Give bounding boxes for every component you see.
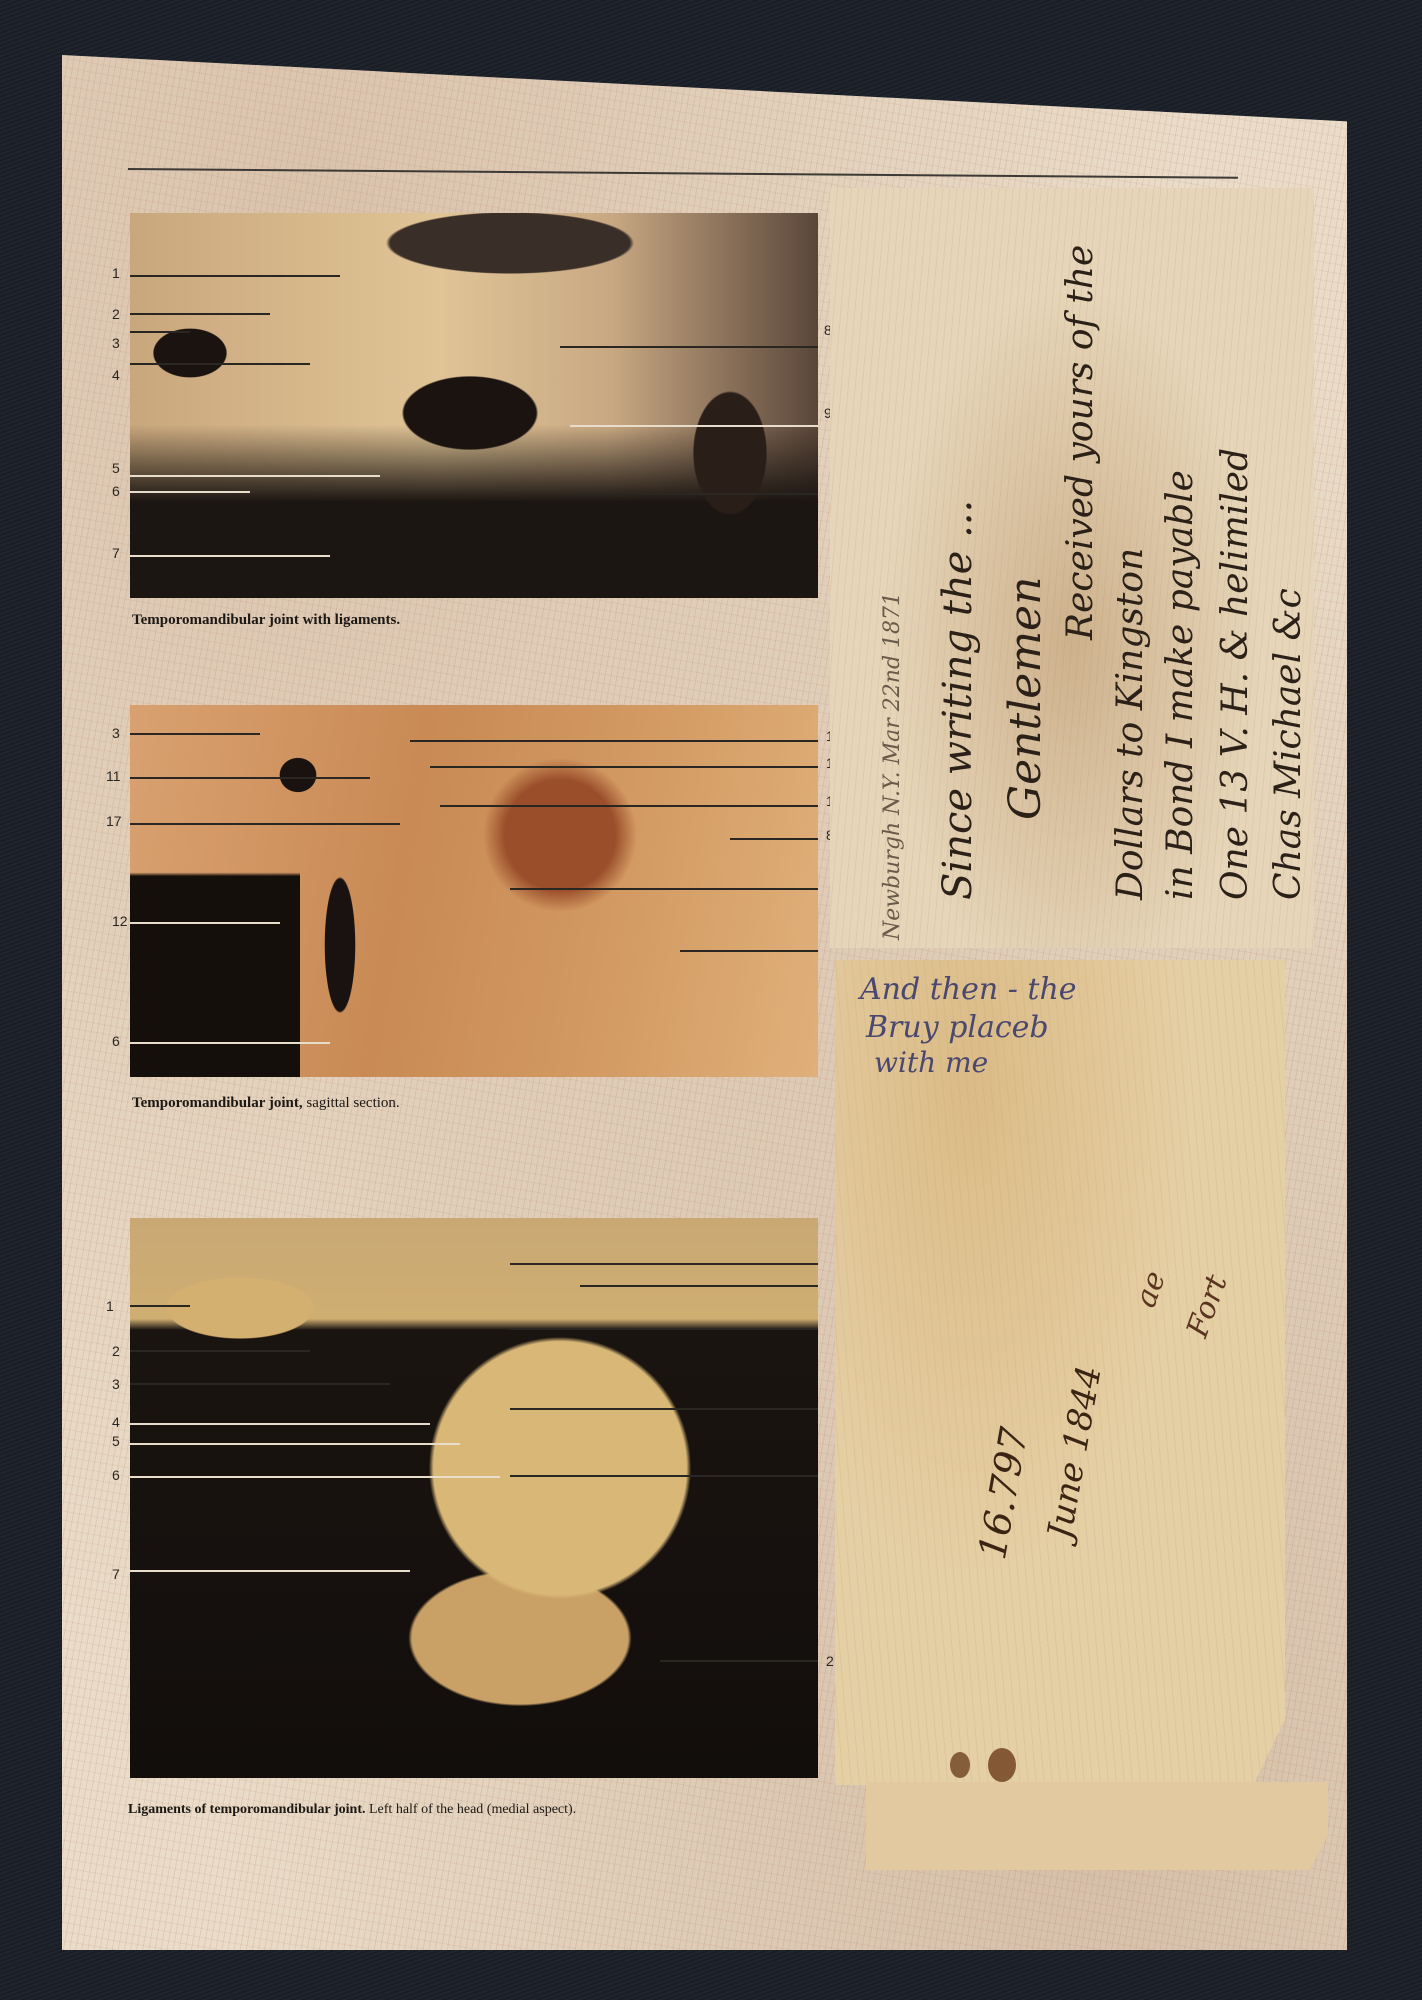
- caption-bold: Temporomandibular joint with ligaments.: [132, 612, 400, 628]
- caption-bold: Temporomandibular joint,: [132, 1095, 303, 1111]
- label-number: 6: [112, 483, 120, 499]
- letter-line: with me: [874, 1046, 988, 1079]
- letter-line: Bruy placeb: [866, 1010, 1049, 1045]
- ink-stain: [950, 1752, 970, 1778]
- label-number: 3: [112, 1376, 120, 1392]
- label-number: 6: [112, 1467, 120, 1483]
- paper-strip: [866, 1782, 1328, 1870]
- letter-line: in Bond I make payable: [1160, 470, 1201, 900]
- letter-line: Dollars to Kingston: [1110, 548, 1151, 900]
- label-number: 7: [112, 1566, 120, 1582]
- label-number: 5: [112, 1433, 120, 1449]
- letter-line: Newburgh N.Y. Mar 22nd 1871: [880, 592, 905, 940]
- label-number: 11: [106, 768, 121, 784]
- anatomy-plate-3: [130, 1218, 818, 1778]
- letter-line: Received yours of the: [1060, 245, 1101, 640]
- label-number: 3: [112, 725, 120, 741]
- label-number: 4: [112, 367, 120, 383]
- label-number: 7: [112, 545, 120, 561]
- plate-caption-2: Temporomandibular joint, sagittal sectio…: [132, 1095, 400, 1112]
- label-number: 1: [112, 265, 120, 281]
- caption-bold: Ligaments of temporomandibular joint.: [128, 1802, 366, 1817]
- plate-caption-1: Temporomandibular joint with ligaments.: [132, 612, 400, 629]
- plate-caption-3: Ligaments of temporomandibular joint. Le…: [128, 1802, 576, 1818]
- letter-line: Gentlemen: [1000, 577, 1051, 820]
- label-number: 3: [112, 335, 120, 351]
- letter-line: One 13 V. H. & helimiled: [1215, 448, 1256, 900]
- caption-regular: Left half of the head (medial aspect).: [366, 1802, 577, 1817]
- label-number: 5: [112, 460, 120, 476]
- letter-line: And then - the: [860, 972, 1077, 1007]
- letter-line: Chas Michael &c: [1268, 588, 1309, 900]
- label-number: 2: [112, 306, 120, 322]
- caption-regular: sagittal section.: [303, 1095, 400, 1111]
- letter-line: Since writing the ...: [935, 500, 981, 900]
- label-number: 6: [112, 1033, 120, 1049]
- anatomy-plate-1: [130, 213, 818, 598]
- label-number: 12: [112, 913, 128, 929]
- label-number: 2: [112, 1343, 120, 1359]
- ink-stain: [988, 1748, 1016, 1782]
- handwritten-letter-lower: [835, 960, 1285, 1785]
- label-number: 17: [106, 813, 122, 829]
- anatomy-plate-2: [130, 705, 818, 1077]
- label-number: 4: [112, 1414, 120, 1430]
- label-number: 2: [826, 1653, 834, 1669]
- label-number: 1: [106, 1298, 114, 1314]
